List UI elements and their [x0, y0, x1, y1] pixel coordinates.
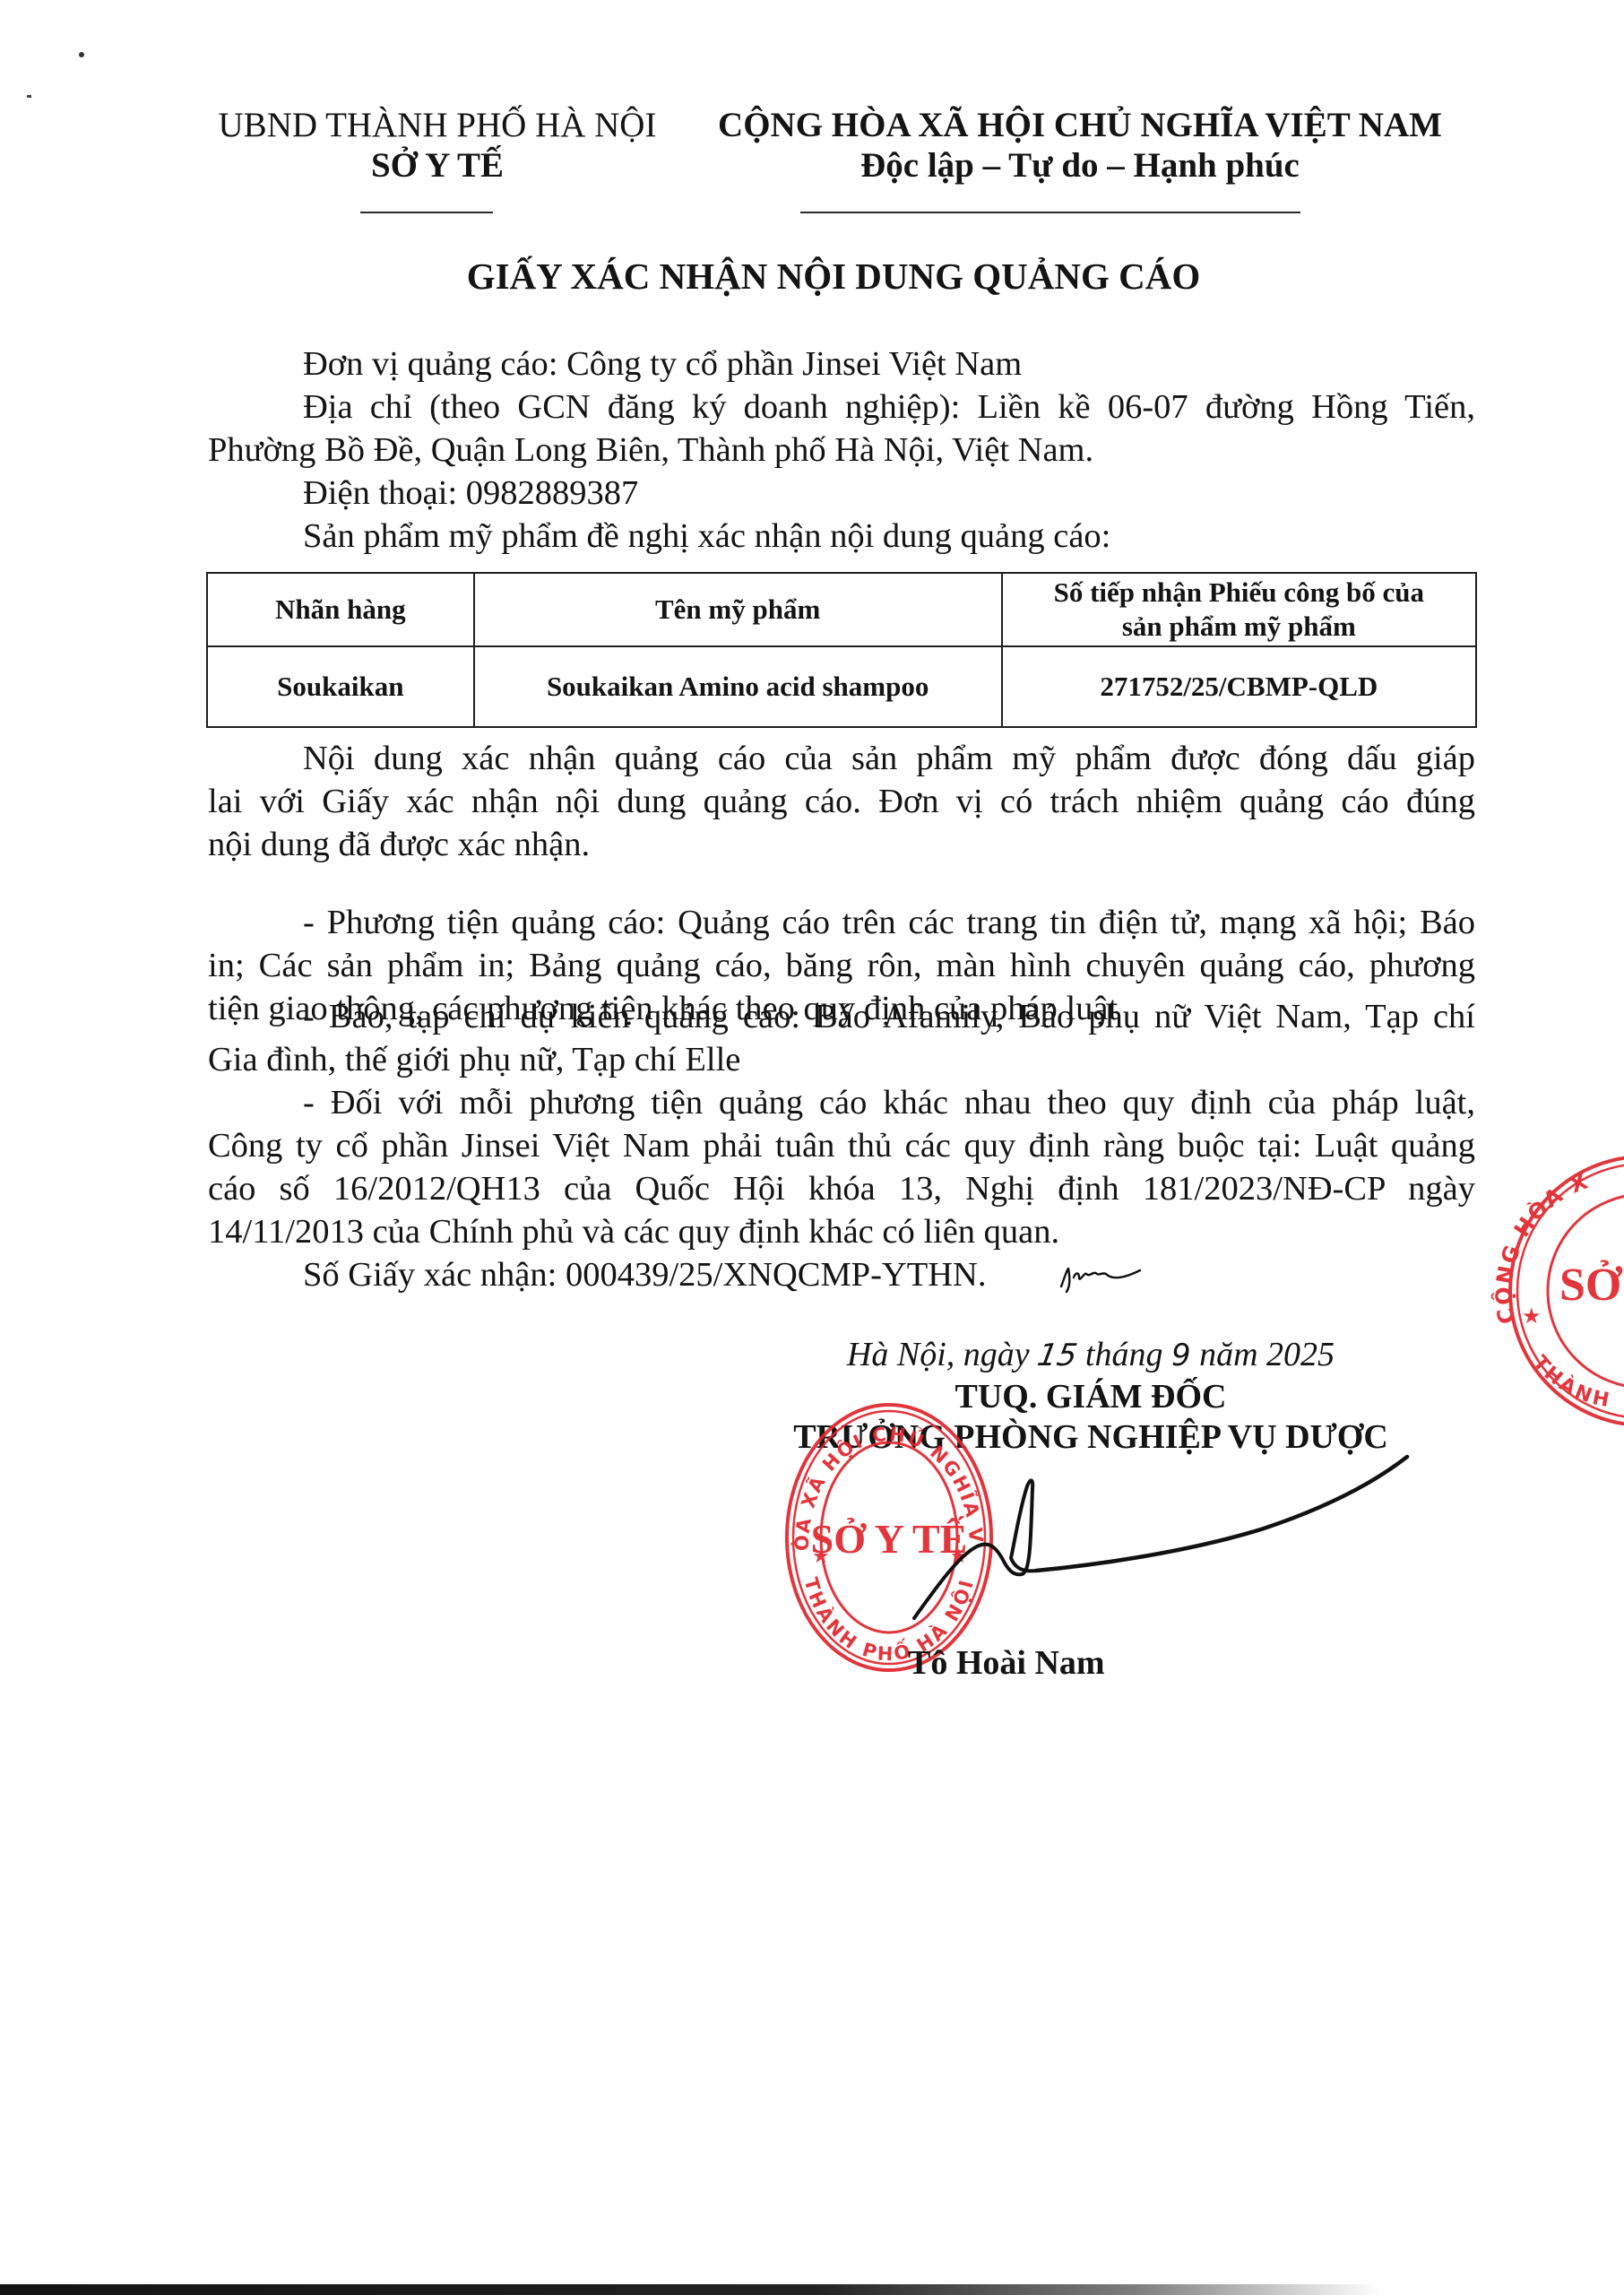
margin-stamp-icon: CỘNG HÒA X THÀNH ★ SỞ	[1488, 1147, 1624, 1425]
products-intro: Sản phẩm mỹ phẩm đề nghị xác nhận nội du…	[303, 515, 1475, 558]
paragraph-4-line: 14/11/2013 của Chính phủ và các quy định…	[208, 1210, 1475, 1253]
address-line-1: Địa chỉ (theo GCN đăng ký doanh nghiệp):…	[303, 385, 1475, 429]
national-title: CỘNG HÒA XÃ HỘI CHỦ NGHĨA VIỆT NAM	[699, 106, 1461, 145]
advertiser-line: Đơn vị quảng cáo: Công ty cổ phần Jinsei…	[303, 342, 1475, 385]
scan-edge-shadow	[0, 2284, 1624, 2295]
phone-label: Điện thoại:	[303, 474, 457, 512]
advertiser-label: Đơn vị quảng cáo:	[303, 345, 557, 383]
date-day: 15	[1034, 1335, 1080, 1376]
left-header-underline	[360, 212, 493, 213]
paragraph-1-line: nội dung đã được xác nhận.	[208, 823, 1475, 866]
national-motto: Độc lập – Tự do – Hạnh phúc	[699, 146, 1461, 186]
paragraph-2-line: in; Các sản phẩm in; Bảng quảng cáo, băn…	[208, 944, 1475, 987]
initials-scribble-icon	[1058, 1260, 1147, 1295]
header-receipt-line-2: sản phẩm mỹ phẩm	[1010, 610, 1468, 644]
certificate-number-value: 000439/25/XNQCMP-YTHN.	[566, 1256, 987, 1294]
paragraph-4-line: - Đối với mỗi phương tiện quảng cáo khác…	[303, 1081, 1475, 1124]
advertiser-value: Công ty cổ phần Jinsei Việt Nam	[566, 345, 1022, 383]
table-header-product-name: Tên mỹ phẩm	[474, 573, 1002, 646]
issuing-authority: UBND THÀNH PHỐ HÀ NỘI	[208, 106, 667, 145]
header-receipt-line-1: Số tiếp nhận Phiếu công bố của	[1010, 576, 1468, 610]
paragraph-4-line: Công ty cổ phần Jinsei Việt Nam phải tuâ…	[208, 1124, 1475, 1167]
scan-speck	[27, 95, 31, 98]
scan-speck	[79, 52, 84, 57]
products-table: Nhãn hàng Tên mỹ phẩm Số tiếp nhận Phiếu…	[206, 572, 1477, 728]
cell-brand: Soukaikan	[207, 646, 474, 727]
date-year: năm 2025	[1199, 1336, 1335, 1373]
certificate-number-label: Số Giấy xác nhận:	[303, 1256, 557, 1294]
document-title: GIẤY XÁC NHẬN NỘI DUNG QUẢNG CÁO	[385, 255, 1282, 298]
paragraph-3-line: - Báo, tạp chí dự kiến quảng cáo: Báo Af…	[303, 995, 1475, 1038]
right-header-underline	[800, 212, 1300, 213]
table-header-brand: Nhãn hàng	[207, 573, 474, 646]
paragraph-2-line: - Phương tiện quảng cáo: Quảng cáo trên …	[303, 901, 1475, 944]
paragraph-1-line: Nội dung xác nhận quảng cáo của sản phẩm…	[303, 737, 1475, 780]
phone-value: 0982889387	[466, 474, 639, 512]
issuing-department: SỞ Y TẾ	[208, 146, 667, 186]
address-line-2: Phường Bồ Đề, Quận Long Biên, Thành phố …	[208, 429, 1475, 472]
signing-date: Hà Nội, ngày 15 tháng 9 năm 2025	[782, 1334, 1400, 1376]
table-header-row: Nhãn hàng Tên mỹ phẩm Số tiếp nhận Phiếu…	[207, 573, 1476, 646]
phone-line: Điện thoại: 0982889387	[303, 472, 1475, 515]
paragraph-1-line: lai với Giấy xác nhận nội dung quảng cáo…	[208, 780, 1475, 823]
signer-name: Tô Hoài Nam	[908, 1642, 1105, 1684]
date-month-label: tháng	[1085, 1336, 1163, 1373]
cell-product-name: Soukaikan Amino acid shampoo	[474, 646, 1002, 727]
certificate-number-line: Số Giấy xác nhận: 000439/25/XNQCMP-YTHN.	[303, 1253, 1475, 1296]
handwritten-signature-icon	[896, 1452, 1416, 1667]
paragraph-3-line: Gia đình, thế giới phụ nữ, Tạp chí Elle	[208, 1038, 1475, 1081]
svg-text:SỞ: SỞ	[1559, 1259, 1623, 1311]
date-month: 9	[1171, 1338, 1191, 1373]
cell-receipt-number: 271752/25/CBMP-QLD	[1002, 646, 1476, 727]
table-row: Soukaikan Soukaikan Amino acid shampoo 2…	[207, 646, 1476, 727]
date-prefix: Hà Nội, ngày	[847, 1336, 1030, 1373]
table-header-receipt-number: Số tiếp nhận Phiếu công bố của sản phẩm …	[1002, 573, 1476, 646]
paragraph-4-line: cáo số 16/2012/QH13 của Quốc Hội khóa 13…	[208, 1167, 1475, 1210]
svg-text:★: ★	[1522, 1303, 1542, 1329]
